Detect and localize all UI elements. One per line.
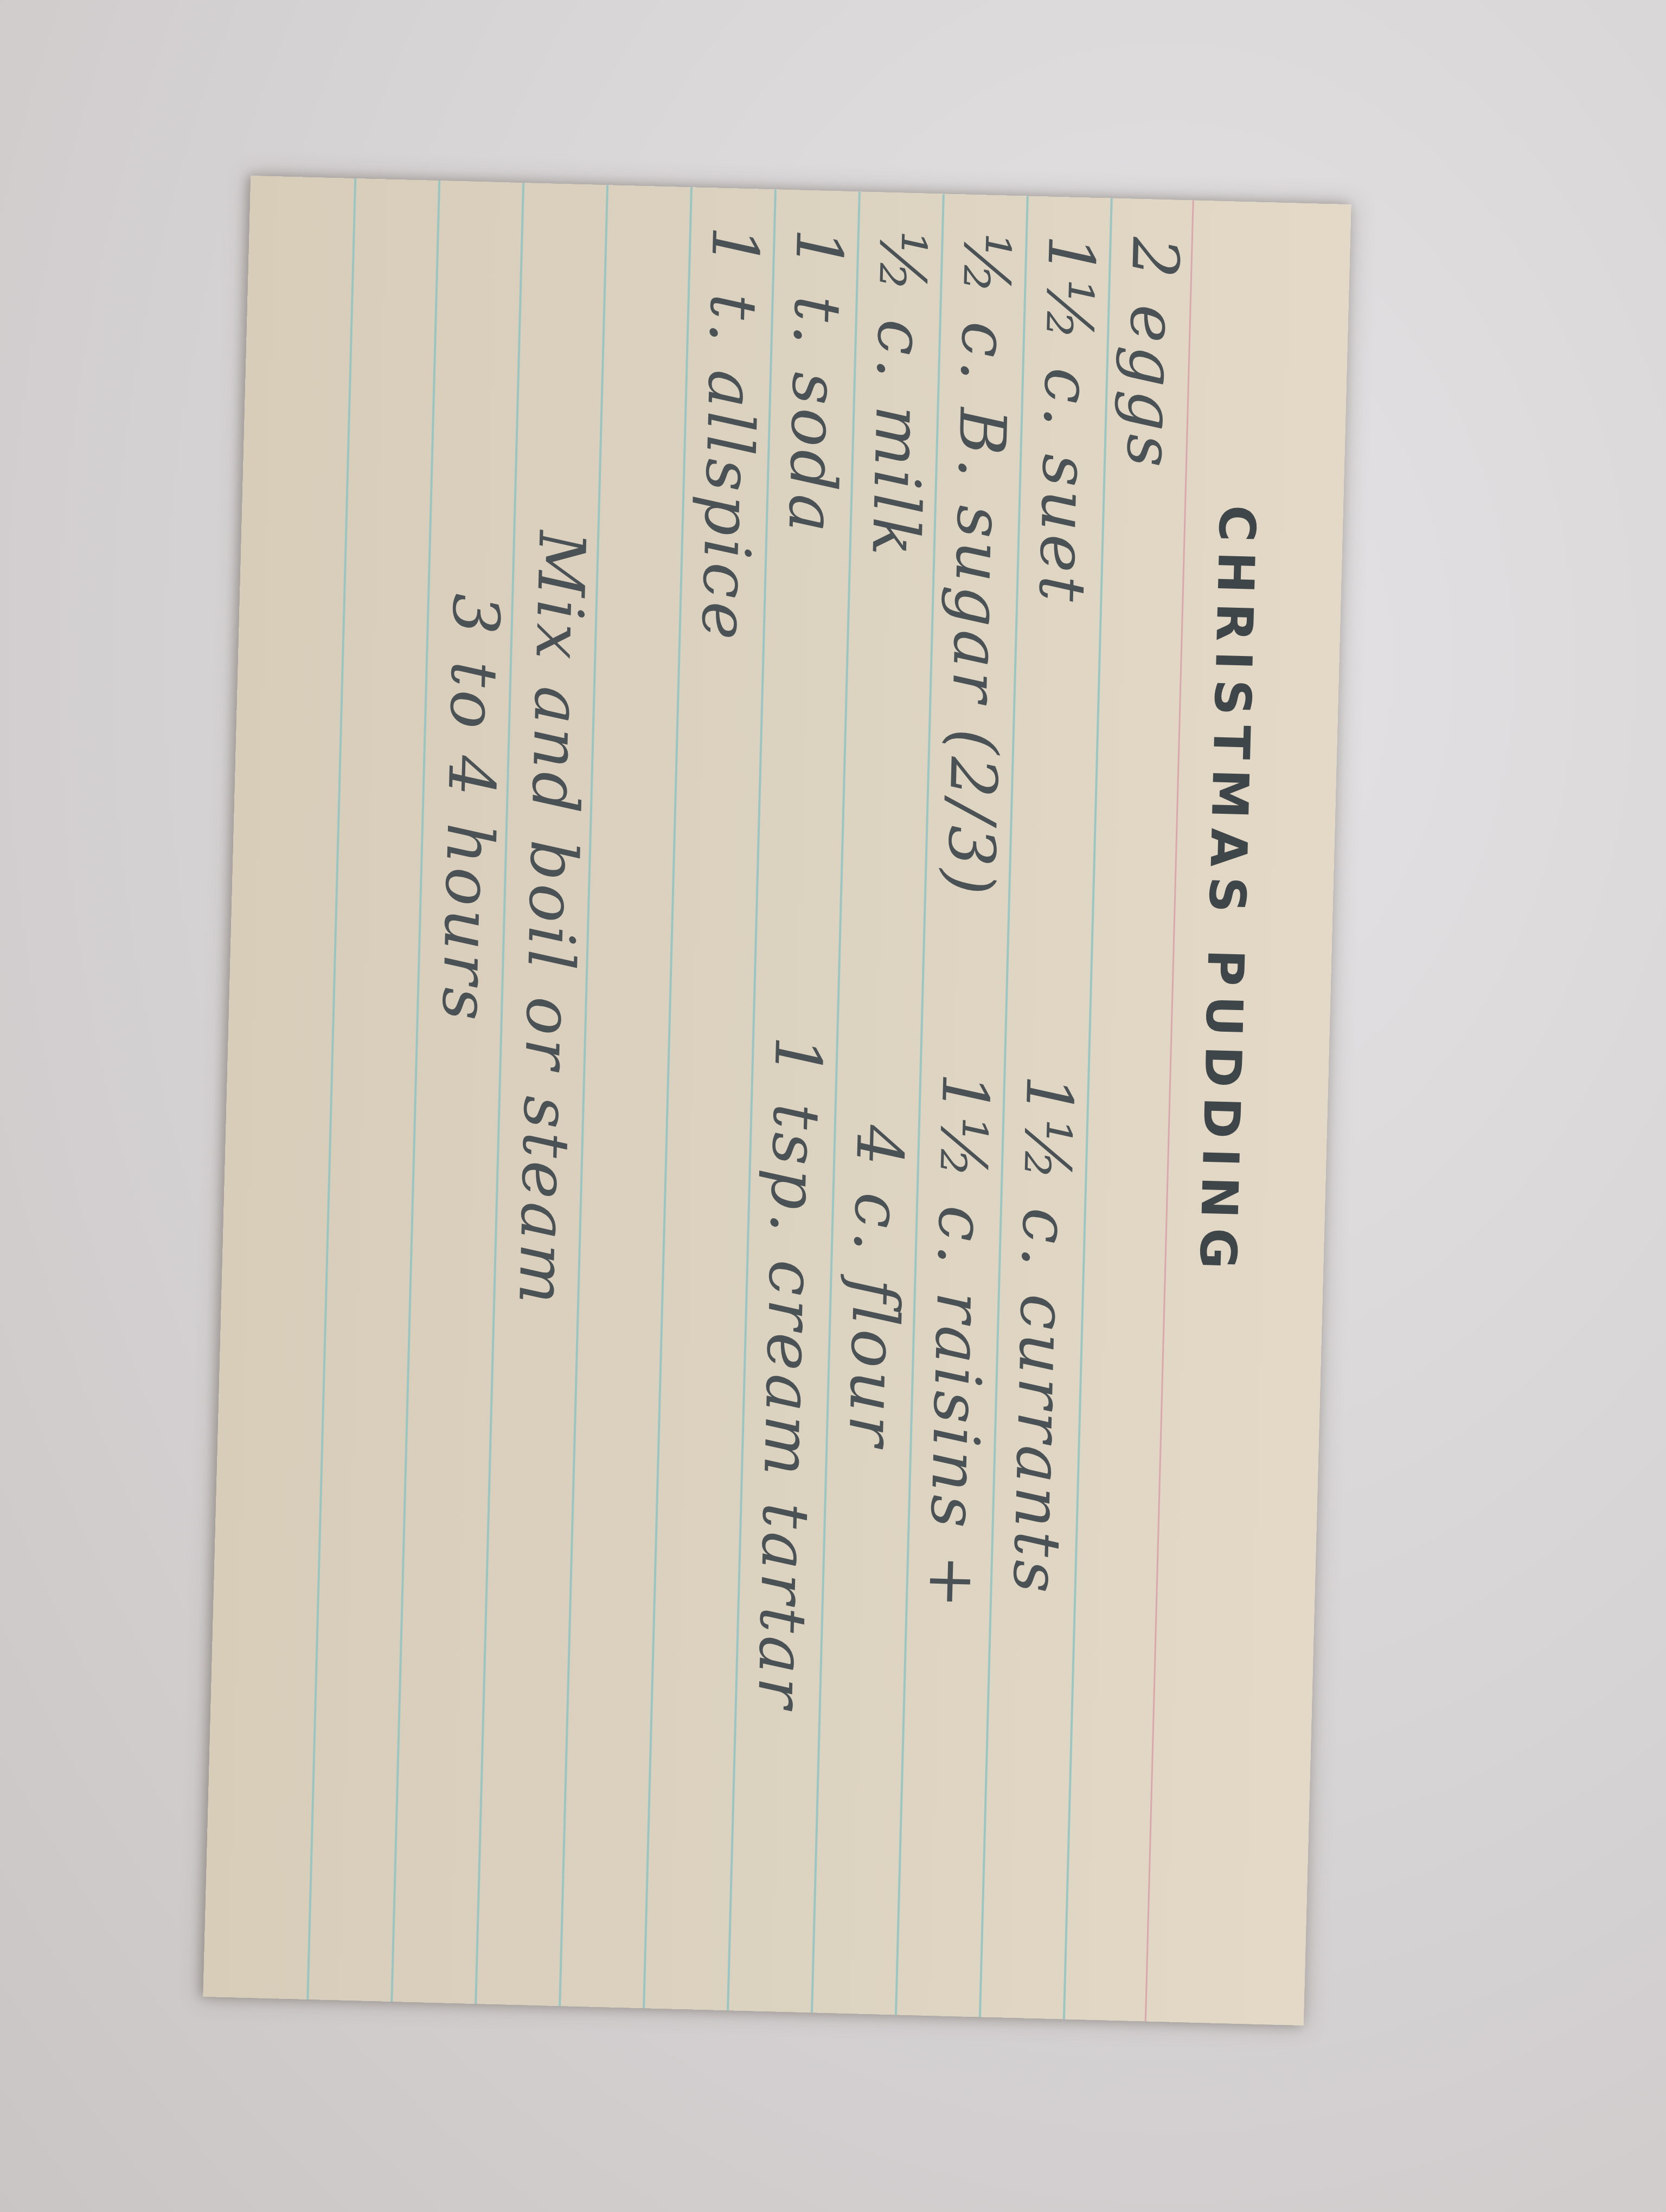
ingredient-sugar: ½ c. B. sugar (2/3) [938, 232, 1020, 899]
ingredient-suet: 1½ c. suet [1030, 234, 1104, 606]
ingredient-milk: ½ c. milk [863, 230, 935, 560]
ingredient-flour: 4 c. flour [840, 1124, 912, 1450]
ingredient-raisins: 1½ c. raisins + [919, 1072, 997, 1613]
instruction-time: 3 to 4 hours [433, 593, 509, 1025]
ruled-line [643, 187, 693, 2008]
ingredient-allspice: 1 t. allspice [693, 226, 767, 644]
instruction-mix: Mix and boil or steam [510, 530, 594, 1308]
ruled-line [306, 178, 356, 1999]
ingredient-cream-tartar: 1 tsp. cream tartar [749, 1035, 831, 1712]
margin-line [1145, 200, 1194, 2021]
ingredient-currants: 1½ c. currants [1004, 1075, 1081, 1597]
ingredient-soda: 1 t. soda [779, 228, 851, 536]
ruled-line [390, 181, 440, 2002]
ingredient-eggs: 2 eggs [1118, 236, 1188, 471]
recipe-card: CHRISTMAS PUDDING 2 eggs 1½ c. suet ½ c.… [203, 176, 1351, 2025]
recipe-title: CHRISTMAS PUDDING [1192, 505, 1262, 1279]
